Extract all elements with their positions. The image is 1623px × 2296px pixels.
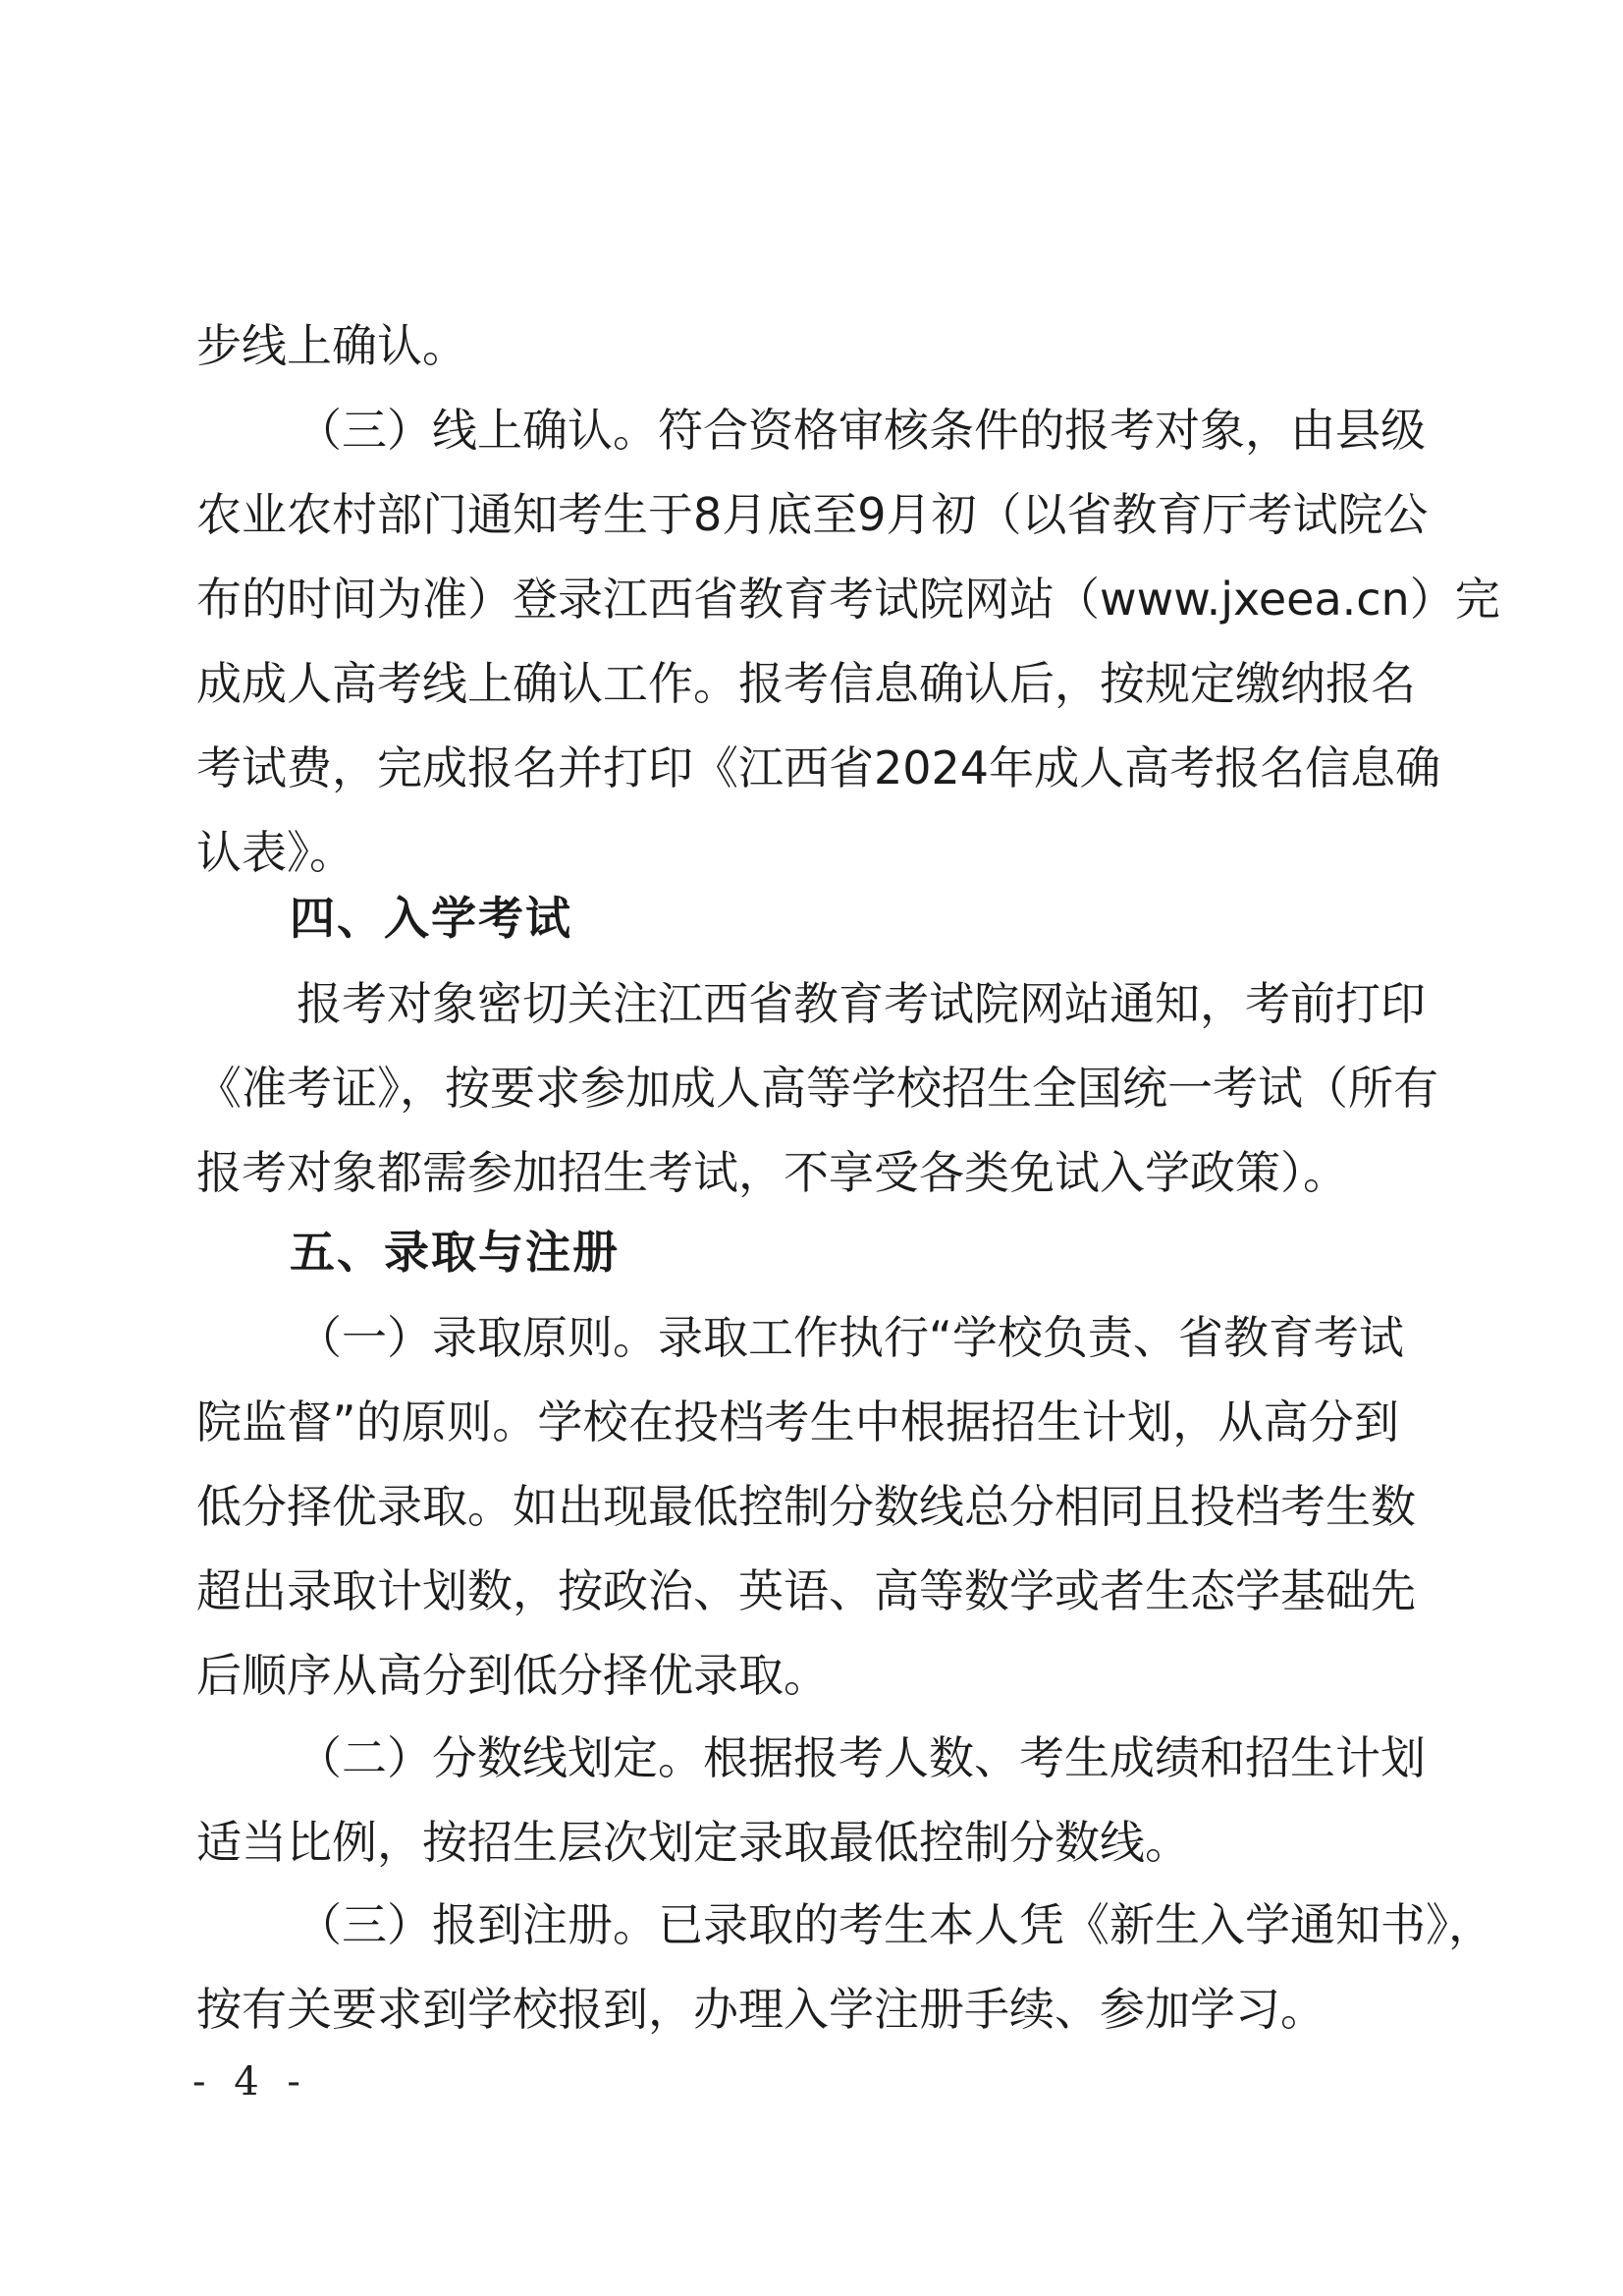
paragraph-line: （一）录取原则。录取工作执行“学校负责、省教育考试 — [297, 1308, 1399, 1367]
paragraph-line: 适当比例，按招生层次划定录取最低控制分数线。 — [196, 1813, 1399, 1872]
paragraph-line: 低分择优录取。如出现最低控制分数线总分相同且投档考生数 — [196, 1477, 1399, 1536]
paragraph-line: 考试费，完成报名并打印《江西省2024年成人高考报名信息确 — [196, 738, 1399, 797]
paragraph-line: 《准考证》，按要求参加成人高等学校招生全国统一考试（所有 — [196, 1059, 1399, 1118]
paragraph-line: 按有关要求到学校报到，办理入学注册手续、参加学习。 — [196, 1980, 1399, 2039]
paragraph-line: 后顺序从高分到低分择优录取。 — [196, 1646, 1399, 1705]
paragraph-line: 成成人高考线上确认工作。报考信息确认后，按规定缴纳报名 — [196, 654, 1399, 713]
paragraph-line: 布的时间为准）登录江西省教育考试院网站（www.jxeea.cn）完 — [196, 570, 1399, 629]
paragraph-line: 报考对象密切关注江西省教育考试院网站通知，考前打印 — [297, 974, 1399, 1033]
paragraph-line: 农业农村部门通知考生于8月底至9月初（以省教育厅考试院公 — [196, 485, 1399, 544]
paragraph-line: 超出录取计划数，按政治、英语、高等数学或者生态学基础先 — [196, 1561, 1399, 1620]
paragraph-line: （三）报到注册。已录取的考生本人凭《新生入学通知书》， — [297, 1895, 1399, 1954]
paragraph-line: 报考对象都需参加招生考试，不享受各类免试入学政策）。 — [196, 1143, 1399, 1202]
document-page: 步线上确认。 （三）线上确认。符合资格审核条件的报考对象，由县级 农业农村部门通… — [0, 0, 1623, 2296]
paragraph-line: 认表》。 — [196, 823, 1399, 882]
section-heading-entrance-exam: 四、入学考试 — [290, 889, 572, 948]
paragraph-line: （三）线上确认。符合资格审核条件的报考对象，由县级 — [297, 401, 1399, 460]
paragraph-line: 院监督”的原则。学校在投档考生中根据招生计划，从高分到 — [196, 1393, 1399, 1451]
paragraph-line: 步线上确认。 — [196, 316, 1399, 375]
section-heading-admission: 五、录取与注册 — [290, 1223, 620, 1282]
paragraph-line: （二）分数线划定。根据报考人数、考生成绩和招生计划 — [297, 1728, 1399, 1787]
page-number: - 4 - — [192, 2054, 308, 2109]
